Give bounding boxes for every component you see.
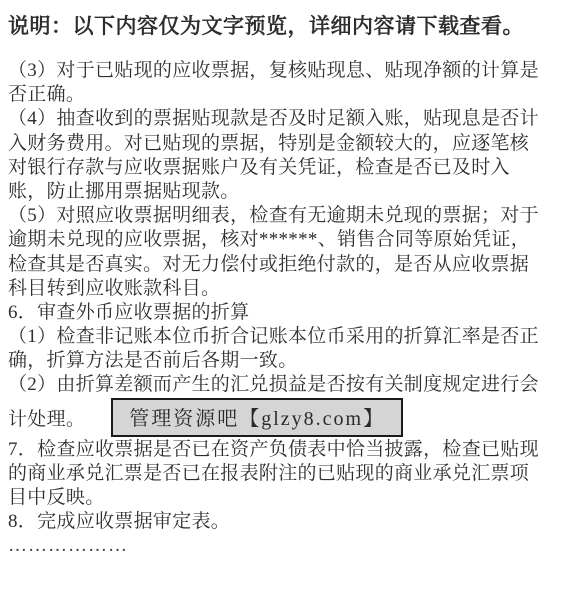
watermark-line: 计处理。 管理资源吧【glzy8.com】	[8, 398, 570, 438]
text-line: （3）对于已贴现的应收票据，复核贴现息、贴现净额的计算是	[8, 59, 570, 83]
text-line: 7．检查应收票据是否已在资产负债表中恰当披露，检查已贴现	[8, 438, 570, 462]
text-line: 否正确。	[8, 83, 570, 107]
watermark-badge: 管理资源吧【glzy8.com】	[111, 398, 403, 437]
text-line: 科目转到应收账款科目。	[8, 277, 570, 301]
text-line: 的商业承兑汇票是否已在报表附注的已贴现的商业承兑汇票项	[8, 462, 570, 486]
text-line: 对银行存款与应收票据账户及有关凭证，检查是否已及时入	[8, 156, 570, 180]
preview-notice: 说明：以下内容仅为文字预览，详细内容请下载查看。	[8, 12, 570, 40]
text-line: （1）检查非记账本位币折合记账本位币采用的折算汇率是否正	[8, 325, 570, 349]
text-line: 8．完成应收票据审定表。	[8, 510, 570, 534]
text-line: 确，折算方法是否前后各期一致。	[8, 349, 570, 373]
text-line: 6．审查外币应收票据的折算	[8, 301, 570, 325]
text-line: （4）抽查收到的票据贴现款是否及时足额入账，贴现息是否计	[8, 107, 570, 131]
document-body: （3）对于已贴现的应收票据，复核贴现息、贴现净额的计算是 否正确。 （4）抽查收…	[8, 59, 570, 559]
text-line: 入财务费用。对已贴现的票据，特别是金额较大的，应逐笔核	[8, 132, 570, 156]
ellipsis-line: ………………	[8, 534, 570, 558]
text-line: （5）对照应收票据明细表，检查有无逾期未兑现的票据；对于	[8, 204, 570, 228]
text-line: 逾期未兑现的应收票据，核对******、销售合同等原始凭证，	[8, 228, 570, 252]
text-line: 账，防止挪用票据贴现款。	[8, 180, 570, 204]
text-line: （2）由折算差额而产生的汇兑损益是否按有关制度规定进行会	[8, 373, 570, 397]
document-preview-page: 说明：以下内容仅为文字预览，详细内容请下载查看。 （3）对于已贴现的应收票据，复…	[0, 0, 578, 600]
text-line: 计处理。	[8, 404, 85, 431]
text-line: 检查其是否真实。对无力偿付或拒绝付款的，是否从应收票据	[8, 253, 570, 277]
text-line: 目中反映。	[8, 486, 570, 510]
